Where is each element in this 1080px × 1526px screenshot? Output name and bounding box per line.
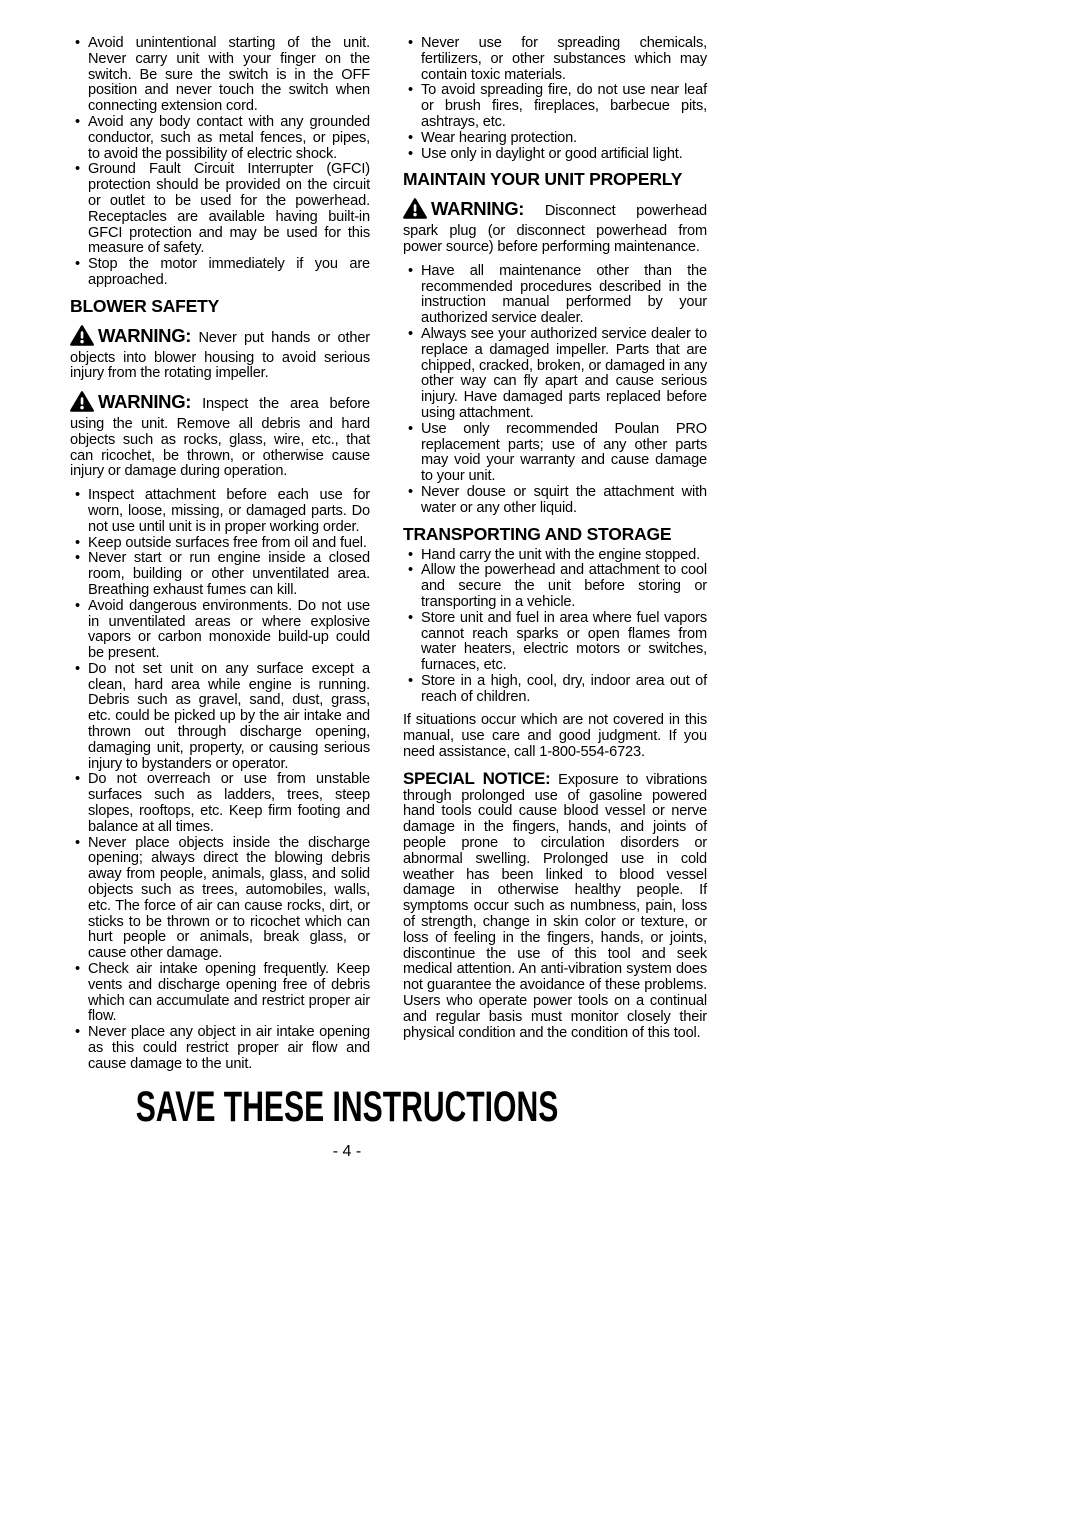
- page-number: - 4 -: [0, 1143, 694, 1161]
- list-item: Use only in daylight or good artificial …: [403, 147, 707, 163]
- warning-triangle-icon: [403, 198, 427, 224]
- blower-safety-heading: BLOWER SAFETY: [70, 296, 370, 316]
- list-item: Avoid unintentional starting of the unit…: [70, 36, 370, 115]
- list-item: Check air intake opening frequently. Kee…: [70, 962, 370, 1025]
- assistance-paragraph: If situations occur which are not covere…: [403, 713, 707, 760]
- manual-page: Avoid unintentional starting of the unit…: [0, 0, 1080, 1526]
- list-item: Have all maintenance other than the reco…: [403, 264, 707, 327]
- list-item: Do not overreach or use from unstable su…: [70, 772, 370, 835]
- list-item: Wear hearing protection.: [403, 131, 707, 147]
- list-item: Avoid any body contact with any grounded…: [70, 115, 370, 162]
- save-instructions-title: SAVE THESE INSTRUCTIONS: [104, 1084, 590, 1130]
- left-column: Avoid unintentional starting of the unit…: [70, 36, 370, 1073]
- list-item: Never place objects inside the discharge…: [70, 836, 370, 962]
- list-item: Inspect attachment before each use for w…: [70, 488, 370, 535]
- maintain-bullet-list: Have all maintenance other than the reco…: [403, 264, 707, 517]
- warning-label: WARNING:: [98, 391, 191, 412]
- list-item: Hand carry the unit with the engine stop…: [403, 548, 707, 564]
- list-item: Never douse or squirt the attachment wit…: [403, 485, 707, 517]
- list-item: To avoid spreading fire, do not use near…: [403, 83, 707, 130]
- warning-label: WARNING:: [431, 198, 524, 219]
- transporting-storage-heading: TRANSPORTING AND STORAGE: [403, 524, 707, 544]
- list-item: Store in a high, cool, dry, indoor area …: [403, 674, 707, 706]
- text-columns: Avoid unintentional starting of the unit…: [70, 36, 710, 1073]
- list-item: Do not set unit on any surface except a …: [70, 662, 370, 773]
- blower-safety-bullet-list: Inspect attachment before each use for w…: [70, 488, 370, 1072]
- transport-bullet-list: Hand carry the unit with the engine stop…: [403, 548, 707, 706]
- warning-triangle-icon: [70, 391, 94, 417]
- list-item: Never place any object in air intake ope…: [70, 1025, 370, 1072]
- list-item: Allow the powerhead and attachment to co…: [403, 563, 707, 610]
- special-notice-label: SPECIAL NOTICE:: [403, 769, 550, 788]
- special-notice-text: Exposure to vibrations through prolonged…: [403, 772, 707, 1041]
- general-safety-bullet-list: Avoid unintentional starting of the unit…: [70, 36, 370, 289]
- list-item: Stop the motor immediately if you are ap…: [70, 257, 370, 289]
- list-item: Never start or run engine inside a close…: [70, 551, 370, 598]
- list-item: Store unit and fuel in area where fuel v…: [403, 611, 707, 674]
- special-notice-paragraph: SPECIAL NOTICE: Exposure to vibrations t…: [403, 771, 707, 1042]
- list-item: Avoid dangerous environments. Do not use…: [70, 599, 370, 662]
- right-column: Never use for spreading chemicals, ferti…: [403, 36, 707, 1073]
- warning-inspect-area: WARNING: Inspect the area before using t…: [70, 391, 370, 480]
- list-item: Ground Fault Circuit Interrupter (GFCI) …: [70, 162, 370, 257]
- warning-triangle-icon: [70, 325, 94, 351]
- list-item: Keep outside surfaces free from oil and …: [70, 536, 370, 552]
- list-item: Never use for spreading chemicals, ferti…: [403, 36, 707, 83]
- page-footer: SAVE THESE INSTRUCTIONS - 4 -: [0, 1084, 694, 1161]
- list-item: Use only recommended Poulan PRO replacem…: [403, 422, 707, 485]
- general-safety-bullet-list-continued: Never use for spreading chemicals, ferti…: [403, 36, 707, 162]
- list-item: Always see your authorized service deale…: [403, 327, 707, 422]
- maintain-unit-heading: MAINTAIN YOUR UNIT PROPERLY: [403, 169, 707, 189]
- warning-impeller: WARNING: Never put hands or other object…: [70, 325, 370, 382]
- warning-label: WARNING:: [98, 325, 191, 346]
- warning-disconnect: WARNING: Disconnect powerhead spark plug…: [403, 198, 707, 255]
